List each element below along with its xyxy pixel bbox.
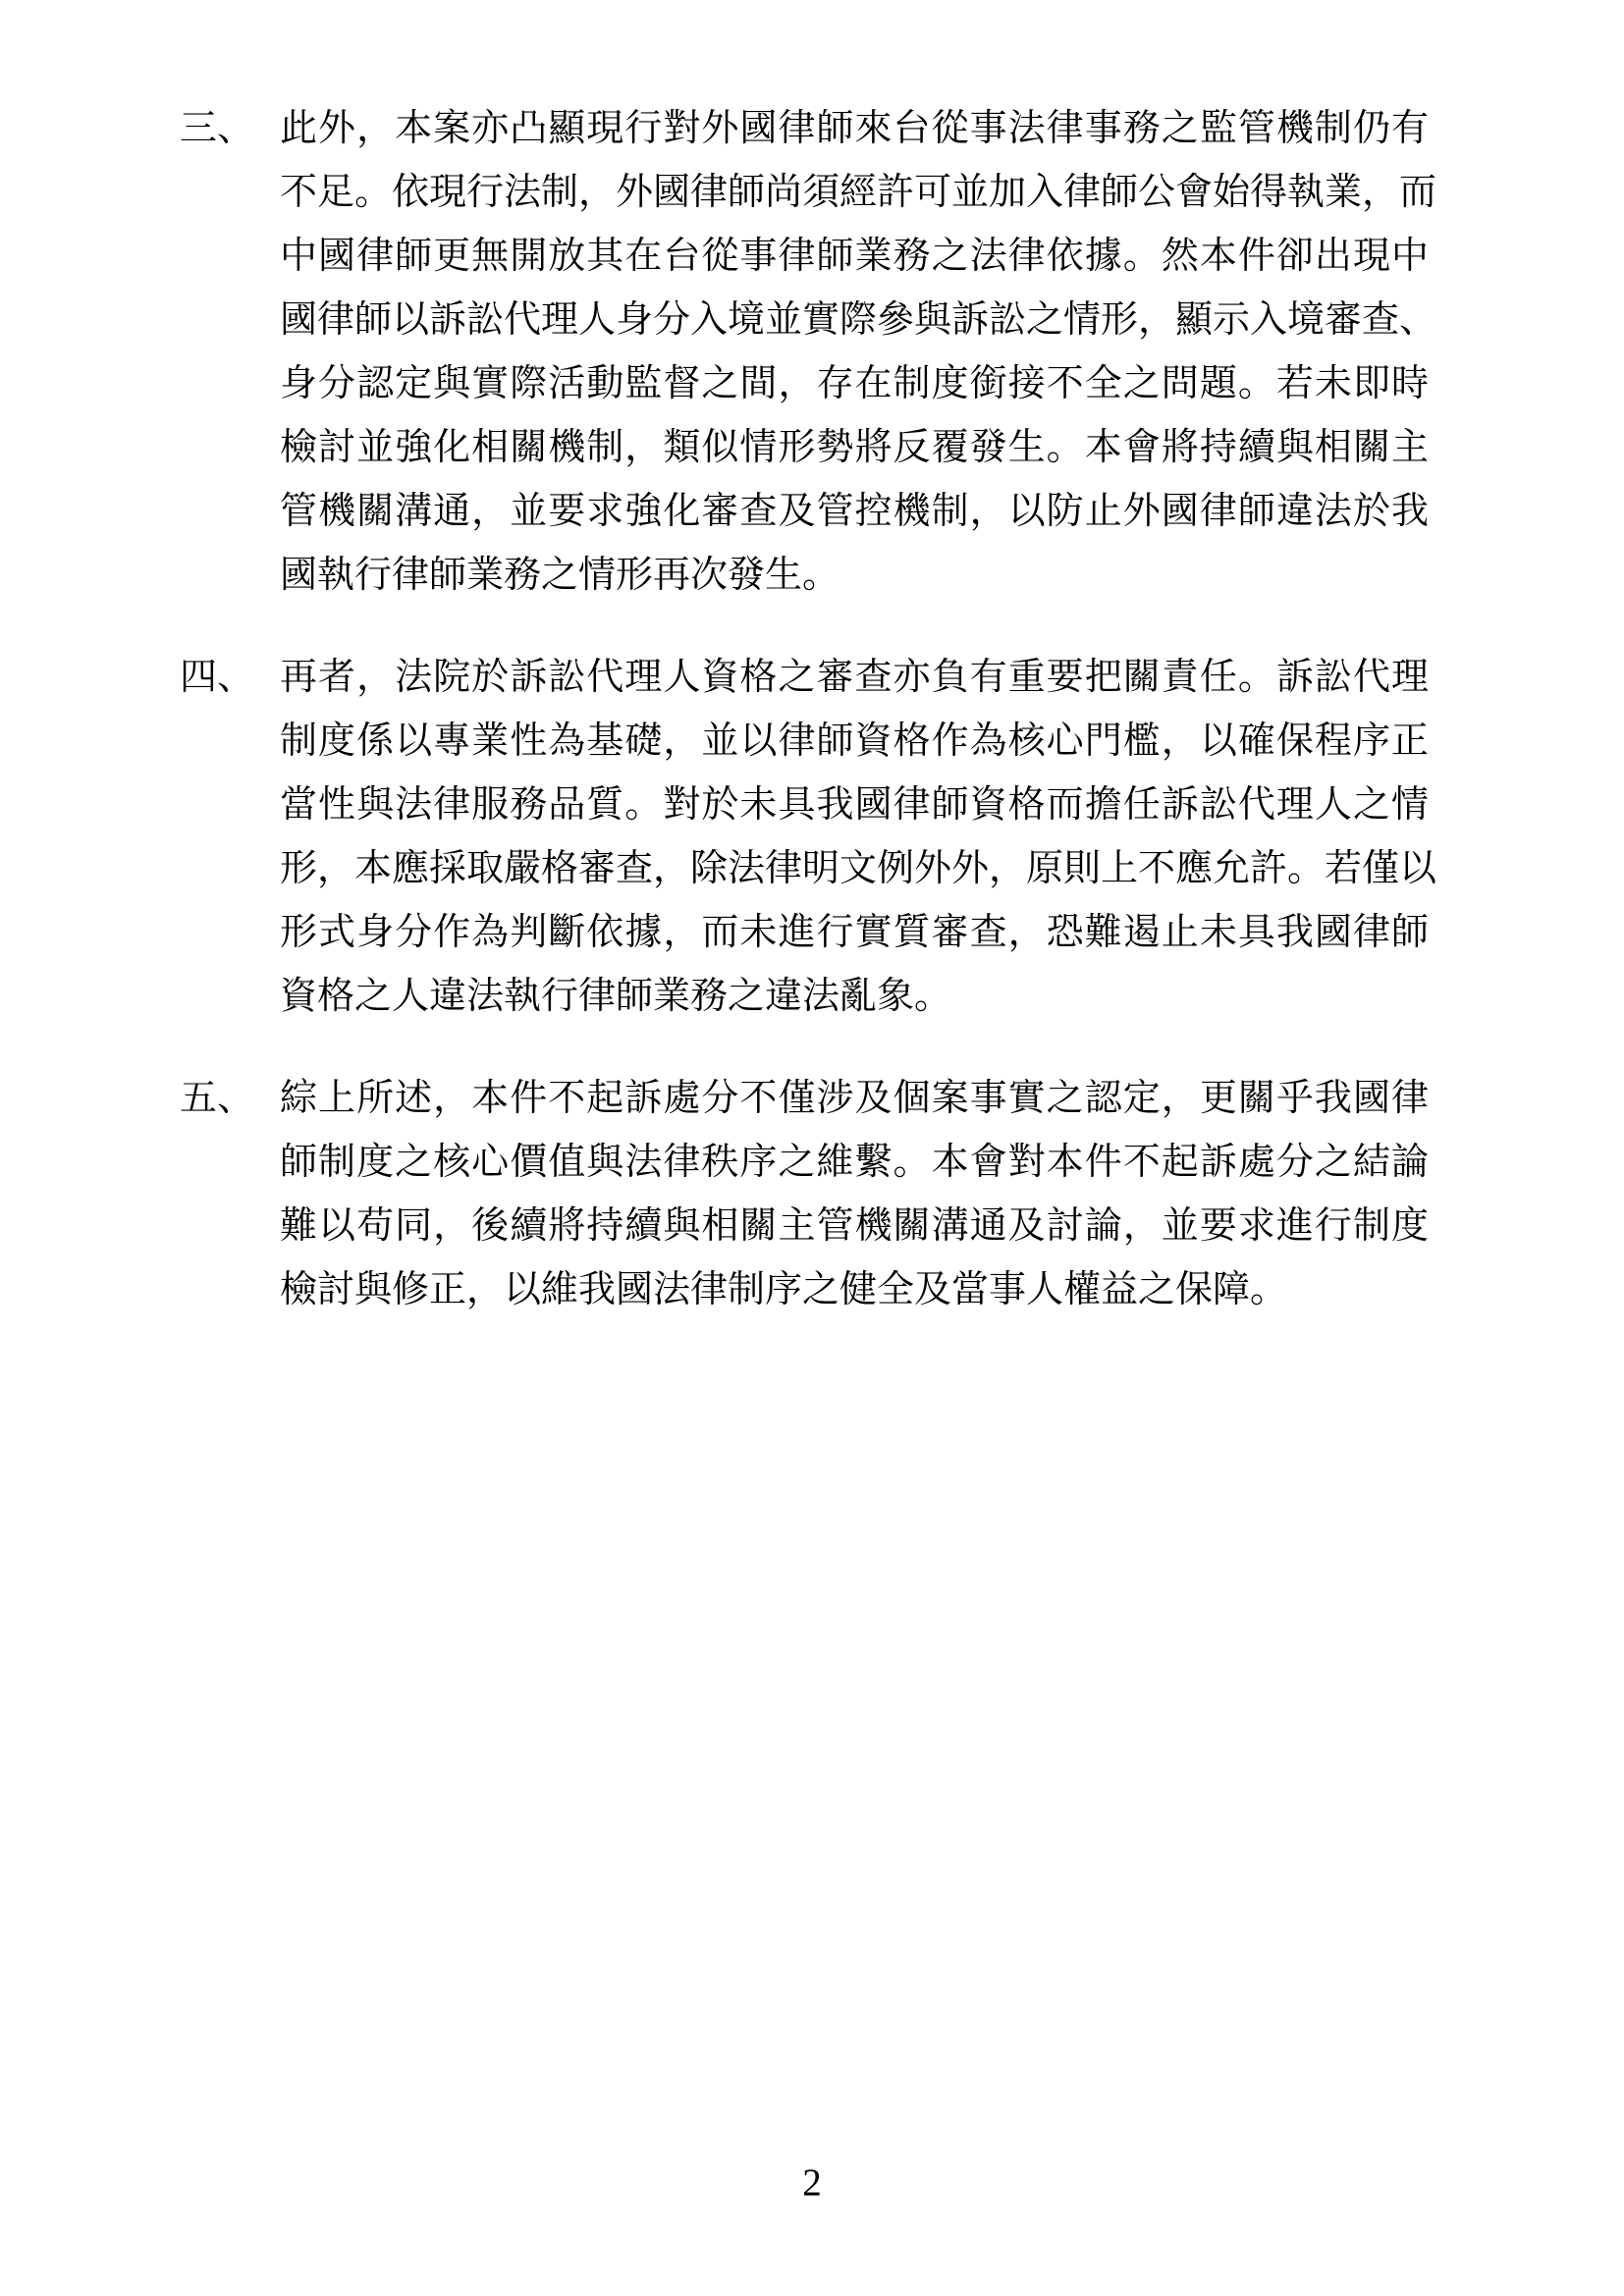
text-line: 管機關溝通，並要求強化審查及管控機制，以防止外國律師違法於我 bbox=[280, 480, 1429, 544]
paragraph-label: 五、 bbox=[180, 1067, 280, 1131]
text-line: 資格之人違法執行律師業務之違法亂象。 bbox=[280, 965, 1429, 1029]
page-footer: 2 bbox=[0, 2160, 1624, 2207]
text-line: 檢討與修正，以維我國法律制序之健全及當事人權益之保障。 bbox=[280, 1258, 1429, 1322]
document-page: 三、 此外，本案亦凸顯現行對外國律師來台從事法律事務之監管機制仍有不足。依現行法… bbox=[0, 0, 1624, 2296]
page-number: 2 bbox=[802, 2162, 822, 2204]
paragraph-label: 四、 bbox=[180, 646, 280, 710]
document-body: 三、 此外，本案亦凸顯現行對外國律師來台從事法律事務之監管機制仍有不足。依現行法… bbox=[180, 97, 1429, 1361]
paragraph: 五、 綜上所述，本件不起訴處分不僅涉及個案事實之認定，更關乎我國律師制度之核心價… bbox=[180, 1067, 1429, 1322]
text-line: 國執行律師業務之情形再次發生。 bbox=[280, 544, 1429, 608]
paragraph: 四、 再者，法院於訴訟代理人資格之審查亦負有重要把關責任。訴訟代理制度係以專業性… bbox=[180, 646, 1429, 1029]
text-line: 此外，本案亦凸顯現行對外國律師來台從事法律事務之監管機制仍有 bbox=[280, 97, 1429, 161]
text-line: 再者，法院於訴訟代理人資格之審查亦負有重要把關責任。訴訟代理 bbox=[280, 646, 1429, 710]
text-line: 難以苟同，後續將持續與相關主管機關溝通及討論，並要求進行制度 bbox=[280, 1195, 1429, 1258]
paragraph-text: 此外，本案亦凸顯現行對外國律師來台從事法律事務之監管機制仍有不足。依現行法制，外… bbox=[280, 97, 1429, 608]
text-line: 師制度之核心價值與法律秩序之維繫。本會對本件不起訴處分之結論 bbox=[280, 1131, 1429, 1195]
text-line: 制度係以專業性為基礎，並以律師資格作為核心門檻，以確保程序正 bbox=[280, 710, 1429, 774]
text-line: 形式身分作為判斷依據，而未進行實質審查，恐難遏止未具我國律師 bbox=[280, 901, 1429, 965]
paragraph-label: 三、 bbox=[180, 97, 280, 161]
paragraph-text: 綜上所述，本件不起訴處分不僅涉及個案事實之認定，更關乎我國律師制度之核心價值與法… bbox=[280, 1067, 1429, 1322]
text-line: 身分認定與實際活動監督之間，存在制度銜接不全之問題。若未即時 bbox=[280, 352, 1429, 416]
text-line: 國律師以訴訟代理人身分入境並實際參與訴訟之情形，顯示入境審查、 bbox=[280, 289, 1429, 352]
text-line: 中國律師更無開放其在台從事律師業務之法律依據。然本件卻出現中 bbox=[280, 225, 1429, 289]
text-line: 檢討並強化相關機制，類似情形勢將反覆發生。本會將持續與相關主 bbox=[280, 416, 1429, 480]
text-line: 綜上所述，本件不起訴處分不僅涉及個案事實之認定，更關乎我國律 bbox=[280, 1067, 1429, 1131]
text-line: 形，本應採取嚴格審查，除法律明文例外外，原則上不應允許。若僅以 bbox=[280, 837, 1429, 901]
paragraph: 三、 此外，本案亦凸顯現行對外國律師來台從事法律事務之監管機制仍有不足。依現行法… bbox=[180, 97, 1429, 608]
text-line: 當性與法律服務品質。對於未具我國律師資格而擔任訴訟代理人之情 bbox=[280, 774, 1429, 837]
text-line: 不足。依現行法制，外國律師尚須經許可並加入律師公會始得執業，而 bbox=[280, 161, 1429, 225]
paragraph-text: 再者，法院於訴訟代理人資格之審查亦負有重要把關責任。訴訟代理制度係以專業性為基礎… bbox=[280, 646, 1429, 1029]
